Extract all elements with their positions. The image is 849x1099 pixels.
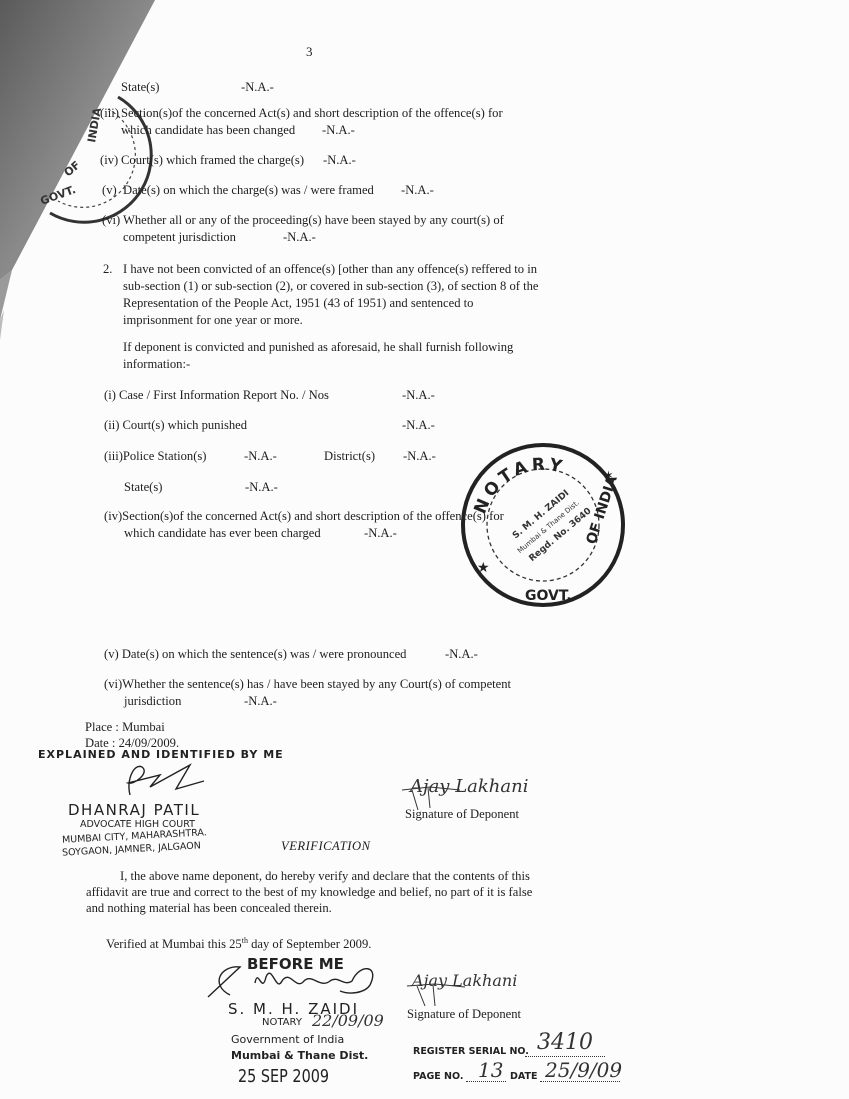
star-icon: ✶ (603, 468, 614, 483)
section-2-line2: sub-section (1) or sub-section (2), or c… (123, 278, 563, 295)
item-iii-line2: which candidate has been changed (121, 122, 295, 139)
item-iv-text: Court(s) which framed the charge(s) (121, 152, 304, 169)
notary-govt-line: Government of India (231, 1033, 344, 1046)
advocate-name: DHANRAJ PATIL (68, 801, 200, 819)
s2-item-i-value: -N.A.- (402, 387, 435, 404)
s2-item-iii-text: (iii)Police Station(s) (104, 448, 206, 465)
item-v-marker: (v) (102, 182, 117, 199)
register-serial-value: 3410 (537, 1030, 593, 1055)
item-vi-value: -N.A.- (283, 229, 316, 246)
s2-item-iv-line2: which candidate has ever been charged (124, 525, 321, 542)
notary-date-stamp: 25 SEP 2009 (238, 1066, 329, 1087)
verified-suffix: day of September 2009. (248, 937, 371, 951)
s2-state-label: State(s) (124, 479, 162, 496)
s2-district-label: District(s) (324, 448, 375, 465)
state-label: State(s) (121, 79, 159, 96)
verification-title: VERIFICATION (281, 838, 370, 855)
s2-item-iv-value: -N.A.- (364, 525, 397, 542)
s2-item-ii-value: -N.A.- (402, 417, 435, 434)
corner-stamp-of: OF (62, 158, 83, 179)
s2-item-vi-line1: (vi)Whether the sentence(s) has / have b… (104, 676, 565, 693)
s2-item-v-text: (v) Date(s) on which the sentence(s) was… (104, 646, 406, 663)
item-iii-line1: Section(s)of the concerned Act(s) and sh… (121, 105, 563, 122)
item-iii-value: -N.A.- (322, 122, 355, 139)
s2-item-i-text: (i) Case / First Information Report No. … (104, 387, 329, 404)
verification-line1: I, the above name deponent, do hereby ve… (120, 868, 565, 885)
verification-line3: and nothing material has been concealed … (86, 900, 332, 917)
s2-item-vi-value: -N.A.- (244, 693, 277, 710)
notary-signature (200, 955, 390, 1000)
notary-stamp-bottom-text: GOVT. (525, 588, 572, 604)
section-2-number: 2. (103, 261, 112, 278)
signature-of-deponent-label-1: Signature of Deponent (405, 806, 519, 823)
register-date-label: DATE (510, 1071, 537, 1082)
s2-state-value: -N.A.- (245, 479, 278, 496)
s2-item-vi-line2: jurisdiction (124, 693, 181, 710)
notary-district-line: Mumbai & Thane Dist. (231, 1049, 368, 1062)
advocate-signature (120, 755, 210, 800)
page-number: 3 (306, 43, 313, 60)
section-2-line3: Representation of the People Act, 1951 (… (123, 295, 563, 312)
if-convicted-line1: If deponent is convicted and punished as… (123, 339, 563, 356)
s2-item-ii-text: (ii) Court(s) which punished (104, 417, 247, 434)
notary-title: NOTARY (262, 1017, 302, 1028)
item-vi-line2: competent jurisdiction (123, 229, 236, 246)
item-vi-line1: Whether all or any of the proceeding(s) … (123, 212, 563, 229)
corner-stamp-govt: GOVT. (39, 183, 78, 208)
signature-of-deponent-label-2: Signature of Deponent (407, 1006, 521, 1023)
s2-district-value: -N.A.- (403, 448, 436, 465)
section-2-line4: imprisonment for one year or more. (123, 312, 303, 329)
item-iv-value: -N.A.- (323, 152, 356, 169)
item-v-text: Date(s) on which the charge(s) was / wer… (123, 182, 374, 199)
item-v-value: -N.A.- (401, 182, 434, 199)
state-value: -N.A.- (241, 79, 274, 96)
register-serial-label: REGISTER SERIAL NO. (413, 1046, 529, 1057)
item-vi-marker: (vi) (102, 212, 120, 229)
register-page-value: 13 (478, 1058, 503, 1082)
star-icon: ★ (477, 561, 490, 576)
item-iii-marker: (iii) (100, 105, 119, 122)
verified-at-line: Verified at Mumbai this 25th day of Sept… (106, 932, 371, 953)
register-date-value: 25/9/09 (545, 1058, 622, 1082)
if-convicted-line2: information:- (123, 356, 190, 373)
notary-handwritten-date: 22/09/09 (312, 1011, 384, 1030)
verification-line2: affidavit are true and correct to the be… (86, 884, 565, 901)
document-page: INDIA OF GOVT. 3 State(s) -N.A.- (iii) S… (0, 0, 849, 1099)
register-page-label: PAGE NO. (413, 1071, 463, 1082)
item-iv-marker: (iv) (100, 152, 118, 169)
verified-prefix: Verified at Mumbai this 25 (106, 937, 242, 951)
register-serial-dots (525, 1056, 605, 1057)
s2-item-iii-value: -N.A.- (244, 448, 277, 465)
place-label: Place : Mumbai (85, 719, 165, 736)
notary-round-stamp: NOTARY OF INDIA GOVT. ★ ✶ S. M. H. ZAIDI… (455, 440, 630, 610)
section-2-line1: I have not been convicted of an offence(… (123, 261, 563, 278)
s2-item-v-value: -N.A.- (445, 646, 478, 663)
